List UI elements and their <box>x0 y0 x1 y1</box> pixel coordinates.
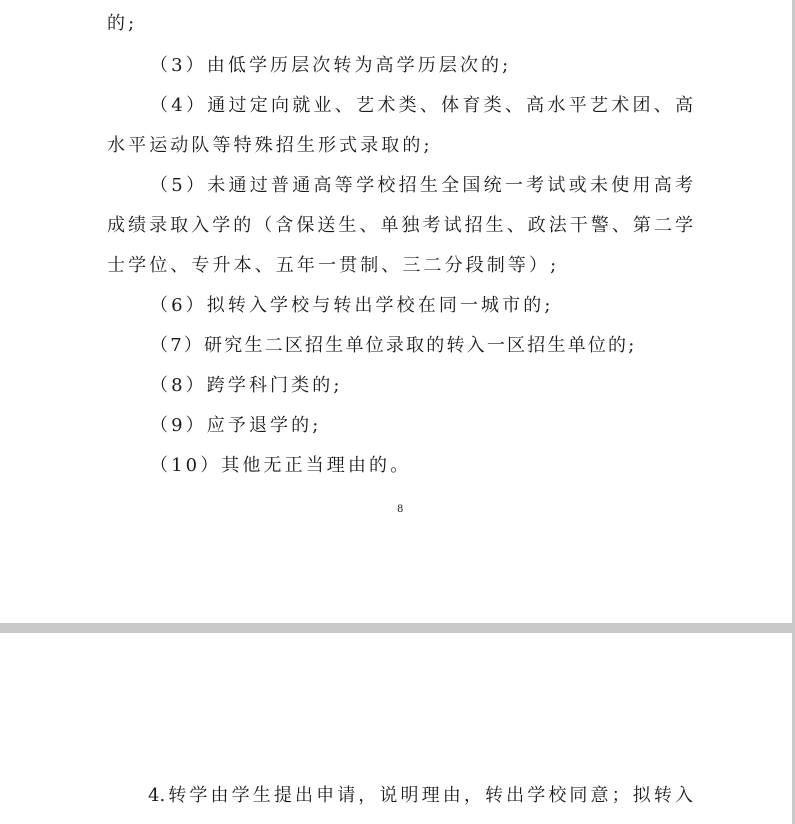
list-item-9: （9）应予退学的; <box>150 416 321 436</box>
text-line: 成绩录取入学的（含保送生、单独考试招生、政法干警、第二学 <box>107 216 693 236</box>
text-line: 水平运动队等特殊招生形式录取的; <box>107 136 433 156</box>
list-item-10: （10）其他无正当理由的。 <box>150 456 411 476</box>
list-item-8: （8）跨学科门类的; <box>150 376 343 396</box>
text-line: 的; <box>107 14 137 34</box>
page-separator <box>0 623 795 633</box>
list-item-4: （4）通过定向就业、艺术类、体育类、高水平艺术团、高 <box>150 96 693 116</box>
page-number: 8 <box>397 504 403 516</box>
document-page-8: 的; （3）由低学历层次转为高学历层次的; （4）通过定向就业、艺术类、体育类、… <box>0 0 792 623</box>
list-item-5: （5）未通过普通高等学校招生全国统一考试或未使用高考 <box>150 176 693 196</box>
text-line: 4.转学由学生提出申请，说明理由，转出学校同意；拟转入 <box>148 786 693 806</box>
document-viewer[interactable]: 的; （3）由低学历层次转为高学历层次的; （4）通过定向就业、艺术类、体育类、… <box>0 0 795 824</box>
document-page-9: 4.转学由学生提出申请，说明理由，转出学校同意；拟转入 <box>0 633 792 824</box>
list-item-7: （7）研究生二区招生单位录取的转入一区招生单位的; <box>150 336 637 356</box>
text-line: 士学位、专升本、五年一贯制、三二分段制等）; <box>107 256 559 276</box>
list-item-3: （3）由低学历层次转为高学历层次的; <box>150 56 511 76</box>
list-item-6: （6）拟转入学校与转出学校在同一城市的; <box>150 296 554 316</box>
